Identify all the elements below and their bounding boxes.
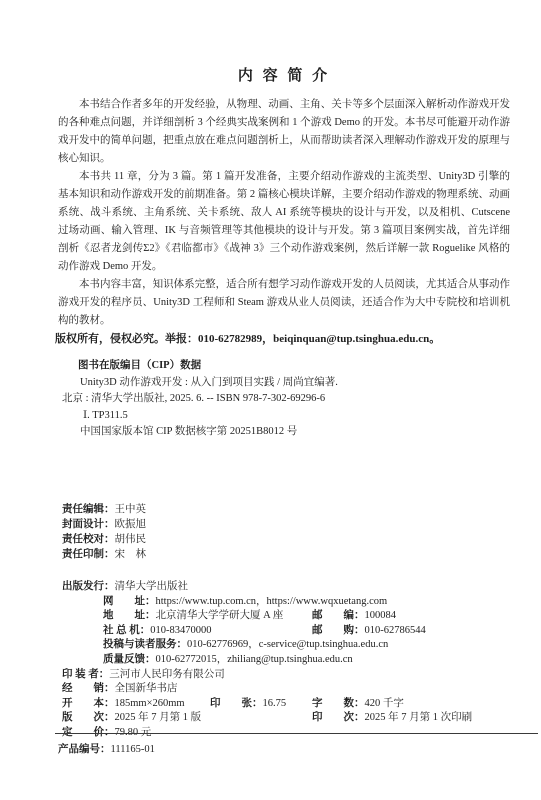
field-label: 网 址： [103,596,156,607]
field-col2: 字 数：420 千字 [312,697,404,712]
field-colmid: 印 张：16.75 [210,697,286,712]
credits-block: 责任编辑：王中英 封面设计：欧振旭 责任校对：胡伟民 责任印制：宋 林 [62,502,521,562]
publisher-row-edition: 版 次：2025 年 7 月第 1 版印 次：2025 年 7 月第 1 次印刷 [62,711,533,726]
publisher-row-printer: 印 装 者：三河市人民印务有限公司 [62,668,533,683]
intro-paragraph-2: 本书共 11 章，分为 3 篇。第 1 篇开发准备，主要介绍动作游戏的主流类型、… [58,168,510,276]
field-value: 010-62776969，c-service@tup.tsinghua.edu.… [187,639,388,650]
credit-label: 责任校对： [62,534,115,545]
field-value: 清华大学出版社 [115,581,189,592]
field-value: 100084 [365,610,397,621]
publisher-row-reader-service: 投稿与读者服务：010-62776969，c-service@tup.tsing… [62,638,533,653]
publisher-block: 出版发行：清华大学出版社 网 址：https://www.tup.com.cn，… [62,580,533,741]
product-number-row: 产品编号：111165-01 [58,741,155,756]
intro-paragraph-1: 本书结合作者多年的开发经验，从物理、动画、主角、关卡等多个层面深入解析动作游戏开… [58,96,510,168]
field-value: 16.75 [263,698,287,709]
field-label: 版 次： [62,712,115,723]
field-label: 质量反馈： [103,654,156,665]
credit-label: 责任印制： [62,549,115,560]
product-number-label: 产品编号： [58,744,111,755]
field-label: 字 数： [312,698,365,709]
field-col2: 邮 购：010-62786544 [312,624,426,639]
field-label: 邮 购： [312,625,365,636]
publisher-row-format: 开 本：185mm×260mm印 张：16.75字 数：420 千字 [62,697,533,712]
field-value: https://www.tup.com.cn，https://www.wqxue… [156,596,388,607]
credit-row-print-supervisor: 责任印制：宋 林 [62,547,521,562]
credit-value: 王中英 [115,504,147,515]
cip-block: 图书在版编目（CIP）数据 Unity3D 动作游戏开发 : 从入门到项目实践 … [58,358,521,441]
credit-value: 胡伟民 [115,534,147,545]
field-label: 印 装 者： [62,669,109,680]
field-label: 邮 编： [312,610,365,621]
field-value: 010-62786544 [365,625,426,636]
field-label: 出版发行： [62,581,115,592]
field-label: 印 次： [312,712,365,723]
field-value: 2025 年 7 月第 1 版 [115,712,202,723]
intro-paragraph-3: 本书内容丰富，知识体系完整，适合所有想学习动作游戏开发的人员阅读，尤其适合从事动… [58,276,510,330]
cip-class-number: Ⅰ. TP311.5 [58,408,521,425]
field-label: 经 销： [62,683,115,694]
field-label: 投稿与读者服务： [103,639,187,650]
publisher-row-website: 网 址：https://www.tup.com.cn，https://www.w… [62,595,533,610]
field-value: 010-83470000 [150,625,211,636]
bottom-divider [55,733,538,734]
copyright-notice: 版权所有，侵权必究。举报：010-62782989，beiqinquan@tup… [55,330,521,346]
page-title: 内 容 简 介 [58,64,510,85]
field-value: 185mm×260mm [115,698,185,709]
credit-label: 责任编辑： [62,504,115,515]
publisher-row-publisher: 出版发行：清华大学出版社 [62,580,533,595]
cip-record-number: 中国国家版本馆 CIP 数据核字第 20251B8012 号 [58,424,521,441]
product-number-value: 111165-01 [111,744,155,755]
credit-value: 宋 林 [115,549,147,560]
field-value: 2025 年 7 月第 1 次印刷 [365,712,473,723]
field-value: 三河市人民印务有限公司 [109,669,225,680]
field-label: 开 本： [62,698,115,709]
publisher-row-address: 地 址：北京清华大学学研大厦 A 座邮 编：100084 [62,609,533,624]
credit-row-editor: 责任编辑：王中英 [62,502,521,517]
credit-label: 封面设计： [62,519,115,530]
field-value: 全国新华书店 [115,683,178,694]
credit-row-proofreader: 责任校对：胡伟民 [62,532,521,547]
book-copyright-page: 内 容 简 介 本书结合作者多年的开发经验，从物理、动画、主角、关卡等多个层面深… [0,0,541,800]
cip-title-line: Unity3D 动作游戏开发 : 从入门到项目实践 / 周尚宜编著. [58,375,521,392]
intro-section: 本书结合作者多年的开发经验，从物理、动画、主角、关卡等多个层面深入解析动作游戏开… [58,96,510,330]
field-col2: 邮 编：100084 [312,609,396,624]
publisher-row-distributor: 经 销：全国新华书店 [62,682,533,697]
cip-publisher-isbn-line: 北京 : 清华大学出版社, 2025. 6. -- ISBN 978-7-302… [58,391,521,408]
field-col2: 印 次：2025 年 7 月第 1 次印刷 [312,711,472,726]
publisher-row-quality-feedback: 质量反馈：010-62772015，zhiliang@tup.tsinghua.… [62,653,533,668]
credit-row-cover-design: 封面设计：欧振旭 [62,517,521,532]
credit-value: 欧振旭 [115,519,147,530]
field-label: 印 张： [210,698,263,709]
publisher-row-switchboard: 社 总 机：010-83470000邮 购：010-62786544 [62,624,533,639]
field-value: 北京清华大学学研大厦 A 座 [156,610,284,621]
field-value: 420 千字 [365,698,404,709]
field-label: 社 总 机： [103,625,150,636]
field-value: 010-62772015，zhiliang@tup.tsinghua.edu.c… [156,654,353,665]
field-label: 地 址： [103,610,156,621]
cip-heading: 图书在版编目（CIP）数据 [58,358,521,375]
